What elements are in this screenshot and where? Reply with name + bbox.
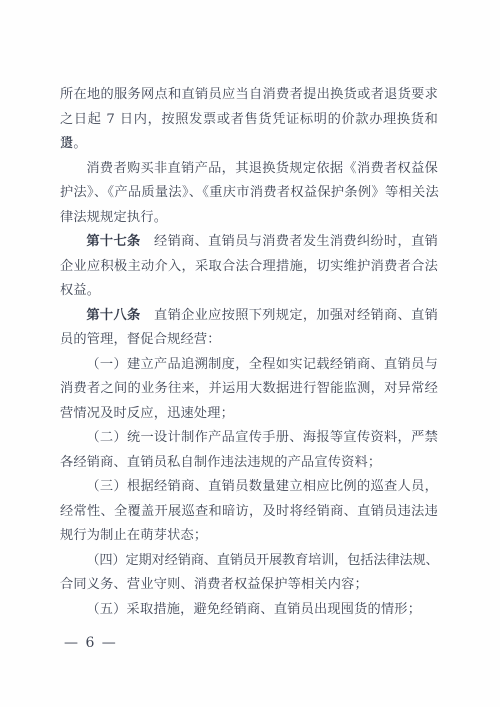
text-run: （二）统一设计制作产品宣传手册、海报等宣传资料，严禁 [86,430,438,445]
text-run: 消费者购买非直销产品，其退换货规定依据《消费者权益保 [86,161,438,176]
text-line: 各经销商、直销员私自制作违法违规的产品宣传资料； [60,451,438,476]
text-run: 消费者之间的业务往来，并运用大数据进行智能监测，对异常经 [60,381,438,396]
text-line: 员的管理，督促合规经营： [60,328,438,353]
text-line: 营情况及时反应，迅速处理； [60,402,438,427]
article-number: 第十七条 [86,234,140,249]
text-line: 消费者之间的业务往来，并运用大数据进行智能监测，对异常经 [60,377,438,402]
article-number: 第十八条 [86,308,140,323]
document-body: 所在地的服务网点和直销员应当自消费者提出换货或者退货要求之日起 7 日内，按照发… [60,83,438,622]
text-run: （五）采取措施，避免经销商、直销员出现囤货的情形； [86,602,421,617]
text-run: 经常性、全覆盖开展巡查和暗访，及时将经销商、直销员违法违 [60,504,438,519]
text-line: 企业应积极主动介入，采取合法合理措施，切实维护消费者合法 [60,255,438,280]
text-line: 第十七条 经销商、直销员与消费者发生消费纠纷时，直销 [60,230,438,255]
text-run: 经销商、直销员与消费者发生消费纠纷时，直销 [141,234,438,249]
text-line: 经常性、全覆盖开展巡查和暗访，及时将经销商、直销员违法违 [60,500,438,525]
text-run: （一）建立产品追溯制度，全程如实记载经销商、直销员与 [86,357,438,372]
text-run: 营情况及时反应，迅速处理； [60,406,234,421]
text-run: 合同义务、营业守则、消费者权益保护等相关内容； [60,577,368,592]
text-line: （二）统一设计制作产品宣传手册、海报等宣传资料，严禁 [60,426,438,451]
text-run: 规行为制止在萌芽状态； [60,528,207,543]
text-run: 员的管理，督促合规经营： [60,332,221,347]
text-run: 律法规规定执行。 [60,210,167,225]
text-line: 第十八条 直销企业应按照下列规定，加强对经销商、直销 [60,304,438,329]
text-line: 合同义务、营业守则、消费者权益保护等相关内容； [60,573,438,598]
page-number: — 6 — [64,633,117,653]
text-run: 货。 [60,136,87,151]
text-line: （三）根据经销商、直销员数量建立相应比例的巡查人员， [60,475,438,500]
text-run: 护法》、《产品质量法》、《重庆市消费者权益保护条例》等相关法 [60,185,438,200]
text-run: 各经销商、直销员私自制作违法违规的产品宣传资料； [60,455,381,470]
text-line: 所在地的服务网点和直销员应当自消费者提出换货或者退货要求 [60,83,438,108]
text-line: 律法规规定执行。 [60,206,438,231]
text-run: 权益。 [60,283,100,298]
text-run: 企业应积极主动介入，采取合法合理措施，切实维护消费者合法 [60,259,438,274]
text-line: 货。 [60,132,438,157]
text-run: 所在地的服务网点和直销员应当自消费者提出换货或者退货要求 [60,87,438,102]
text-line: 护法》、《产品质量法》、《重庆市消费者权益保护条例》等相关法 [60,181,438,206]
text-line: 权益。 [60,279,438,304]
document-page: 所在地的服务网点和直销员应当自消费者提出换货或者退货要求之日起 7 日内，按照发… [0,0,500,707]
text-line: （五）采取措施，避免经销商、直销员出现囤货的情形； [60,598,438,623]
text-line: 规行为制止在萌芽状态； [60,524,438,549]
text-line: 之日起 7 日内，按照发票或者售货凭证标明的价款办理换货和退 [60,108,438,133]
text-run: （四）定期对经销商、直销员开展教育培训，包括法律法规、 [86,553,438,568]
text-line: （一）建立产品追溯制度，全程如实记载经销商、直销员与 [60,353,438,378]
text-run: （三）根据经销商、直销员数量建立相应比例的巡查人员， [86,479,438,494]
text-line: （四）定期对经销商、直销员开展教育培训，包括法律法规、 [60,549,438,574]
text-line: 消费者购买非直销产品，其退换货规定依据《消费者权益保 [60,157,438,182]
text-run: 直销企业应按照下列规定，加强对经销商、直销 [141,308,438,323]
